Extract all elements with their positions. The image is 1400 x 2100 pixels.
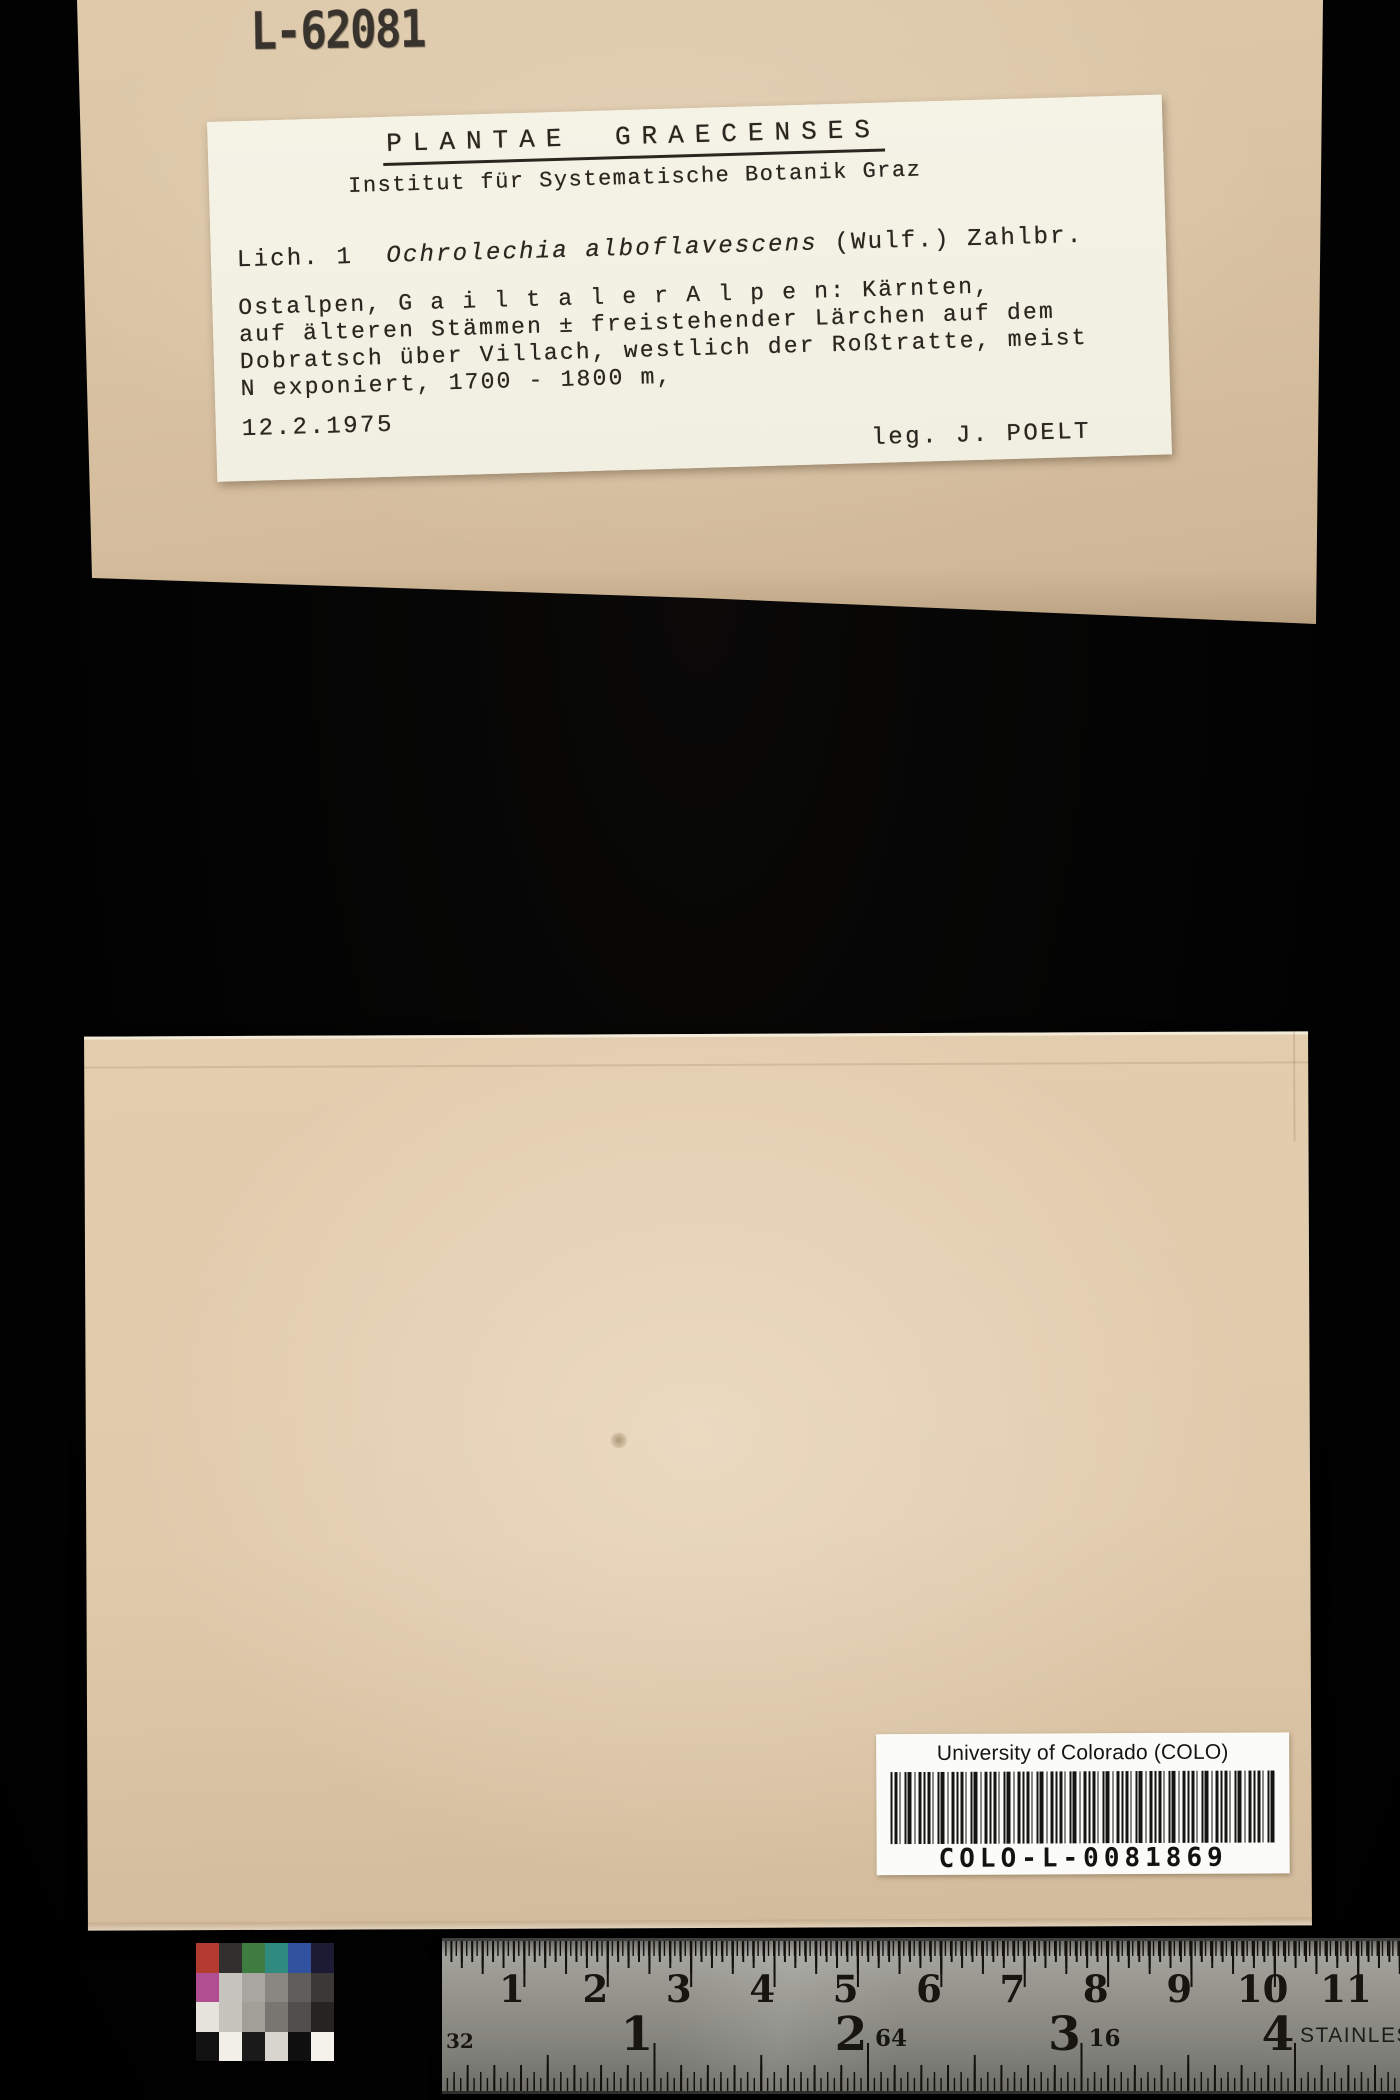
color-patch bbox=[242, 2032, 265, 2062]
ruler-inch-number: 3 bbox=[666, 1967, 692, 2011]
collector: leg. J. POELT bbox=[871, 419, 1091, 452]
ruler-inch-number: 11 bbox=[1320, 1967, 1372, 2011]
label-header: PLANTAE GRAECENSES Institut für Systemat… bbox=[207, 109, 1061, 203]
color-patch bbox=[288, 2032, 311, 2062]
color-patch bbox=[311, 2032, 334, 2062]
ruler-inch-number: 10 bbox=[1237, 1967, 1289, 2011]
color-patch bbox=[242, 1943, 265, 1973]
taxon-prefix: Lich. 1 bbox=[237, 244, 354, 274]
color-patch bbox=[265, 1943, 288, 1973]
barcode bbox=[890, 1770, 1275, 1844]
ruler-scale-32: 32 bbox=[446, 2029, 474, 2053]
ruler: 1234567891011 12643164 32 STAINLESS bbox=[442, 1938, 1400, 2094]
label-title: PLANTAE GRAECENSES bbox=[382, 114, 886, 165]
color-patch bbox=[288, 1943, 311, 1973]
ruler-ticks-bottom bbox=[442, 2041, 1400, 2091]
ruler-inch-number: 2 bbox=[583, 1967, 609, 2011]
color-patch bbox=[219, 1943, 242, 1973]
ruler-bottom-number: 4 bbox=[1262, 2007, 1295, 2062]
ruler-inch-number: 9 bbox=[1166, 1967, 1192, 2011]
color-patch bbox=[265, 2032, 288, 2062]
taxon-author: (Wulf.) Zahlbr. bbox=[834, 223, 1084, 257]
locality-block: Ostalpen, G a i l t a l e r A l p e n: K… bbox=[238, 271, 1089, 403]
ruler-inch-number: 6 bbox=[916, 1967, 942, 2011]
color-patch bbox=[311, 2002, 334, 2032]
color-patch bbox=[196, 1973, 219, 2003]
ruler-inch-number: 5 bbox=[833, 1967, 859, 2011]
ruler-scale-fraction: 64 bbox=[875, 2025, 907, 2052]
color-patch bbox=[311, 1943, 334, 1973]
color-patch bbox=[288, 2002, 311, 2032]
ruler-inch-number: 7 bbox=[1000, 1967, 1026, 2011]
ruler-bottom-number: 2 bbox=[835, 2007, 868, 2062]
flap-crease bbox=[84, 1061, 1308, 1068]
ruler-scale-fraction: 16 bbox=[1089, 2025, 1121, 2052]
packet-back: University of Colorado (COLO) COLO-L-008… bbox=[84, 1031, 1312, 1930]
ruler-brand: STAINLESS bbox=[1300, 2024, 1400, 2048]
color-patch bbox=[219, 1973, 242, 2003]
color-patch bbox=[219, 2032, 242, 2062]
color-patch bbox=[196, 1943, 219, 1973]
ruler-bottom-number: 3 bbox=[1048, 2007, 1081, 2062]
color-patch bbox=[311, 1973, 334, 2003]
label-institute: Institut für Systematische Botanik Graz bbox=[209, 153, 1061, 203]
ruler-inch-number: 8 bbox=[1083, 1967, 1109, 2011]
barcode-institution: University of Colorado (COLO) bbox=[876, 1740, 1289, 1766]
color-patch bbox=[265, 1973, 288, 2003]
specimen-photo: L-62081 PLANTAE GRAECENSES Institut für … bbox=[0, 0, 1400, 2100]
barcode-label: University of Colorado (COLO) COLO-L-008… bbox=[876, 1732, 1290, 1875]
color-calibration-chart bbox=[196, 1943, 334, 2061]
taxon-name: Ochrolechia alboflavescens bbox=[386, 230, 818, 269]
color-patch bbox=[265, 2002, 288, 2032]
color-patch bbox=[219, 2002, 242, 2032]
accession-stamp: L-62081 bbox=[250, 0, 425, 62]
paper-bottom-edge bbox=[88, 1917, 1312, 1930]
side-crease bbox=[1293, 1031, 1295, 1141]
collection-date: 12.2.1975 bbox=[241, 412, 394, 443]
color-patch bbox=[242, 2002, 265, 2032]
ruler-inch-number: 4 bbox=[749, 1967, 775, 2011]
color-patch bbox=[242, 1973, 265, 2003]
color-patch bbox=[196, 2032, 219, 2062]
stain-spot bbox=[610, 1432, 628, 1448]
taxon-line: Lich. 1 Ochrolechia alboflavescens (Wulf… bbox=[237, 223, 1084, 274]
color-patch bbox=[288, 1973, 311, 2003]
paper-edge-highlight bbox=[84, 1031, 1308, 1039]
ruler-bottom-number: 1 bbox=[621, 2007, 654, 2062]
barcode-number: COLO-L-0081869 bbox=[877, 1842, 1290, 1874]
specimen-label: PLANTAE GRAECENSES Institut für Systemat… bbox=[207, 95, 1172, 482]
color-patch bbox=[196, 2002, 219, 2032]
ruler-inch-number: 1 bbox=[499, 1967, 525, 2011]
